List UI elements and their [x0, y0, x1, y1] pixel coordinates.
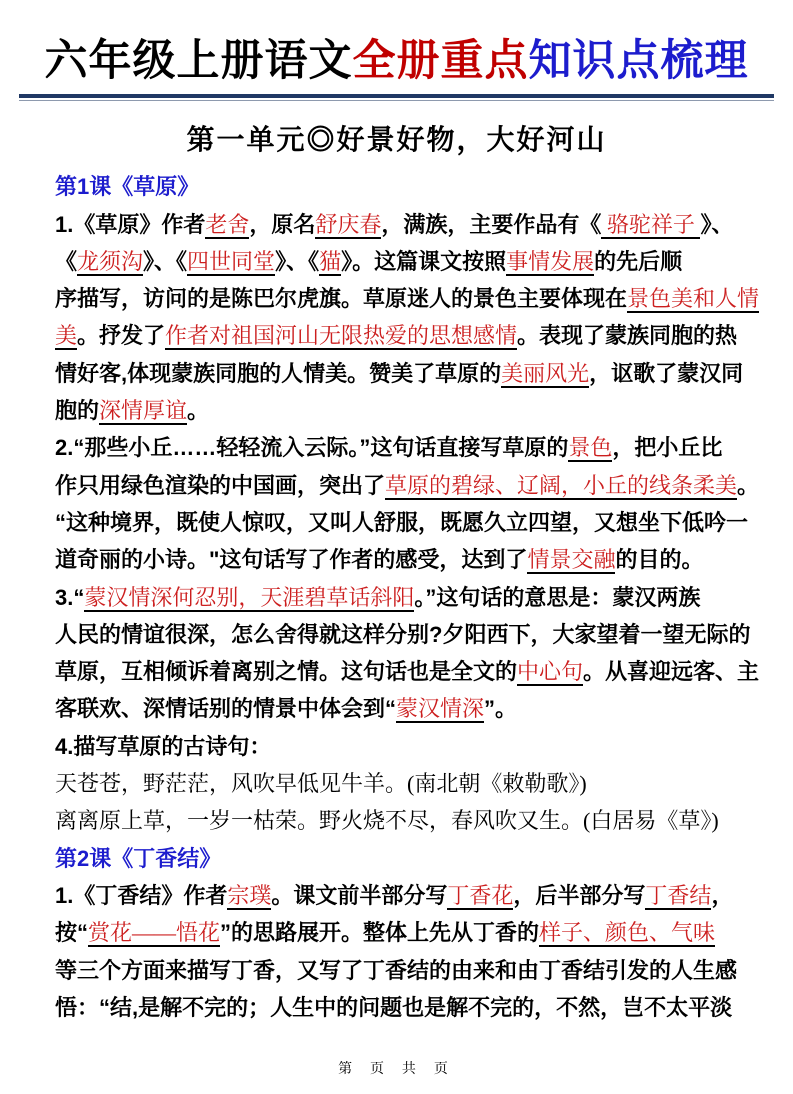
body-text: 悟：“结,是解不完的；人生中的问题也是解不完的，不然，岂不太平淡: [55, 995, 732, 1020]
key-point-red-underline: 中心句: [517, 659, 583, 686]
body-text: ，满族，主要作品有《: [381, 212, 601, 237]
key-point-red-underline: 老舍: [205, 212, 249, 239]
body-text: ”的思路展开。整体上先从丁香的: [220, 920, 539, 945]
body-text: ，把小丘比: [612, 435, 722, 460]
key-point-red-underline: 景色美和人情: [627, 286, 759, 313]
body-text: 《: [55, 249, 77, 274]
text-line: 情好客,体现蒙族同胞的人情美。赞美了草原的美丽风光，讴歌了蒙汉同: [55, 355, 749, 392]
page-title: 六年级上册语文全册重点知识点梳理: [20, 38, 773, 85]
key-point-red-underline: 事情发展: [506, 249, 594, 276]
key-point-red-underline: 蒙汉情深: [396, 696, 484, 723]
body-text: ，后半部分写: [513, 883, 645, 908]
title-divider-rule: [19, 94, 774, 101]
title-part-red: 全册重点: [353, 37, 529, 85]
body-text: ，讴歌了蒙汉同: [589, 361, 743, 386]
body-text: 的目的。: [615, 547, 703, 572]
text-line: 等三个方面来描写丁香，又写了丁香结的由来和由丁香结引发的人生感: [55, 952, 749, 989]
text-line: 按“赏花——悟花”的思路展开。整体上先从丁香的样子、颜色、气味: [55, 914, 749, 951]
body-text: 。: [737, 473, 759, 498]
key-point-red-underline: 舒庆春: [315, 212, 381, 239]
key-point-red-underline: 丁香花: [447, 883, 513, 910]
lesson-heading: 第1课《草原》: [55, 168, 749, 205]
text-line: 2.“那些小丘……轻轻流入云际。”这句话直接写草原的景色，把小丘比: [55, 429, 749, 466]
text-line: 3.“蒙汉情深何忍别，天涯碧草话斜阳。”这句话的意思是：蒙汉两族: [55, 579, 749, 616]
body-text: 道奇丽的小诗。"这句话写了作者的感受，达到了: [55, 547, 527, 572]
body-text: 。抒发了: [77, 323, 165, 348]
text-line: 草原，互相倾诉着离别之情。这句话也是全文的中心句。从喜迎远客、主: [55, 653, 749, 690]
body-text: ，原名: [249, 212, 315, 237]
text-line: 序描写，访问的是陈巴尔虎旗。草原迷人的景色主要体现在景色美和人情: [55, 280, 749, 317]
body-text: 。”这句话的意思是：蒙汉两族: [414, 585, 700, 610]
body-text: ”。: [484, 696, 517, 721]
key-point-red-underline: 赏花——悟花: [88, 920, 220, 947]
body-text: 4.描写草原的古诗句：: [55, 734, 271, 759]
key-point-red-underline: 龙须沟: [77, 249, 143, 276]
text-line: 离离原上草，一岁一枯荣。野火烧不尽，春风吹又生。(白居易《草》): [55, 802, 749, 839]
body-text: 2.“那些小丘……轻轻流入云际。”这句话直接写草原的: [55, 435, 568, 460]
key-point-red-underline: 情景交融: [527, 547, 615, 574]
key-point-red-underline: 美丽风光: [501, 361, 589, 388]
body-text: 》、《: [275, 249, 319, 274]
body-text: 3.“: [55, 585, 84, 610]
text-line: 客联欢、深情话别的情景中体会到“蒙汉情深”。: [55, 690, 749, 727]
key-point-red-underline: 蒙汉情深何忍别，天涯碧草话斜阳: [84, 585, 414, 612]
title-part-blue: 知识点梳理: [529, 37, 749, 85]
text-line: 美。抒发了作者对祖国河山无限热爱的思想感情。表现了蒙族同胞的热: [55, 317, 749, 354]
key-point-red-underline: 骆驼祥子: [601, 212, 700, 239]
text-line: 1.《草原》作者老舍，原名舒庆春，满族，主要作品有《 骆驼祥子 》、: [55, 206, 749, 243]
lesson-heading: 第2课《丁香结》: [55, 840, 749, 877]
body-text: 。从喜迎远客、主: [583, 659, 759, 684]
body-text: 》、: [700, 212, 733, 237]
key-point-red-underline: 草原的碧绿、辽阔，小丘的线条柔美: [385, 473, 737, 500]
key-point-red-underline: 丁香结: [645, 883, 711, 910]
body-text: 胞的: [55, 398, 99, 423]
text-line: 人民的情谊很深，怎么舍得就这样分别?夕阳西下，大家望着一望无际的: [55, 616, 749, 653]
page-footer: 第 页 共 页: [0, 1058, 793, 1078]
title-part-black: 六年级上册语文: [45, 37, 353, 85]
text-line: 胞的深情厚谊。: [55, 392, 749, 429]
body-text: 。表现了蒙族同胞的热: [517, 323, 737, 348]
lesson-heading-label: 第1课《草原》: [55, 174, 199, 199]
body-text: 作只用绿色渲染的中国画，突出了: [55, 473, 385, 498]
body-text: 人民的情谊很深，怎么舍得就这样分别?夕阳西下，大家望着一望无际的: [55, 622, 750, 647]
body-text: 。: [187, 398, 209, 423]
key-point-red-underline: 猫: [319, 249, 341, 276]
body-text: 》。这篇课文按照: [341, 249, 506, 274]
text-line: 1.《丁香结》作者宗璞。课文前半部分写丁香花，后半部分写丁香结，: [55, 877, 749, 914]
text-line: 4.描写草原的古诗句：: [55, 728, 749, 765]
document-body: 第1课《草原》1.《草原》作者老舍，原名舒庆春，满族，主要作品有《 骆驼祥子 》…: [55, 168, 749, 1026]
text-line: 《龙须沟》、《四世同堂》、《猫》。这篇课文按照事情发展的先后顺: [55, 243, 749, 280]
poem-text: 离离原上草，一岁一枯荣。野火烧不尽，春风吹又生。(白居易《草》): [55, 808, 719, 833]
key-point-red-underline: 深情厚谊: [99, 398, 187, 425]
poem-text: 天苍苍，野茫茫，风吹早低见牛羊。(南北朝《敕勒歌》): [55, 771, 587, 796]
body-text: 情好客,体现蒙族同胞的人情美。赞美了草原的: [55, 361, 501, 386]
text-line: “这种境界，既使人惊叹，又叫人舒服，既愿久立四望，又想坐下低吟一: [55, 504, 749, 541]
key-point-red-underline: 作者对祖国河山无限热爱的思想感情: [165, 323, 517, 350]
text-line: 道奇丽的小诗。"这句话写了作者的感受，达到了情景交融的目的。: [55, 541, 749, 578]
lesson-heading-label: 第2课《丁香结》: [55, 846, 221, 871]
key-point-red-underline: 样子、颜色、气味: [539, 920, 715, 947]
body-text: 1.《丁香结》作者: [55, 883, 227, 908]
body-text: 客联欢、深情话别的情景中体会到“: [55, 696, 396, 721]
section-heading: 第一单元◎好景好物，大好河山: [0, 118, 793, 158]
body-text: 》、《: [143, 249, 187, 274]
key-point-red-underline: 四世同堂: [187, 249, 275, 276]
body-text: 1.《草原》作者: [55, 212, 205, 237]
key-point-red-underline: 景色: [568, 435, 612, 462]
body-text: 等三个方面来描写丁香，又写了丁香结的由来和由丁香结引发的人生感: [55, 958, 737, 983]
body-text: 的先后顺: [594, 249, 682, 274]
body-text: 按“: [55, 920, 88, 945]
text-line: 作只用绿色渲染的中国画，突出了草原的碧绿、辽阔，小丘的线条柔美。: [55, 467, 749, 504]
body-text: “这种境界，既使人惊叹，又叫人舒服，既愿久立四望，又想坐下低吟一: [55, 510, 748, 535]
key-point-red-underline: 美: [55, 323, 77, 350]
text-line: 天苍苍，野茫茫，风吹早低见牛羊。(南北朝《敕勒歌》): [55, 765, 749, 802]
body-text: 草原，互相倾诉着离别之情。这句话也是全文的: [55, 659, 517, 684]
text-line: 悟：“结,是解不完的；人生中的问题也是解不完的，不然，岂不太平淡: [55, 989, 749, 1026]
key-point-red-underline: 宗璞: [227, 883, 271, 910]
body-text: ，: [711, 883, 733, 908]
body-text: 。课文前半部分写: [271, 883, 447, 908]
body-text: 序描写，访问的是陈巴尔虎旗。草原迷人的景色主要体现在: [55, 286, 627, 311]
